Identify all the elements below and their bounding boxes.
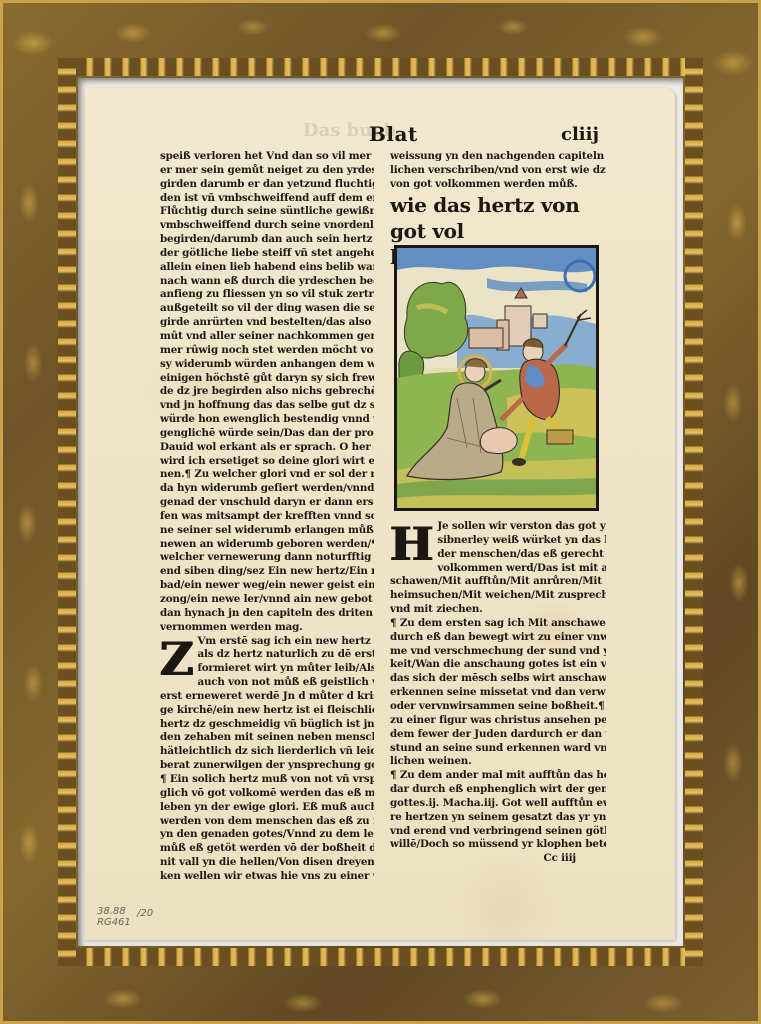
text-line: würde hon ewenglich bestendig vnnd vnzer [160,413,374,427]
text-line: speiß verloren het Vnd dan so vil mer so… [160,150,374,164]
text-line: volkommen werd/Das ist mit an- [437,562,606,576]
text-line: auch von not můß eß geistlich von [197,676,374,690]
text-line: Dauid wol erkant als er sprach. O her da… [160,441,374,455]
text-line: oder vervnwirsammen seine boßheit.¶ Des [390,700,606,714]
text-line: das sich der mēsch selbs wirt anschawen … [390,672,606,686]
text-line: sibnerley weiß würket yn das hertz [437,534,606,548]
right-text-column-top: weissung yn den nachgenden capiteln kürt… [390,150,606,192]
heading-line: wie das hertz von got vol [390,192,610,244]
frame-bead-molding-bottom [58,948,703,966]
text-line: ¶ Ein solich hertz muß von not vñ vrspru… [160,773,374,787]
text-line: ¶ Zu dem ander mal mit aufftůn das hertz… [390,769,606,783]
text-line: můß eß getöt werden vō der boßheit das e… [160,842,374,856]
text-line: den zehaben mit seinen neben menschen/Vñ [160,731,374,745]
text-line: heimsuchen/Mit weichen/Mit zusprechen/ [390,589,606,603]
woodcut-scene-icon [397,248,596,508]
text-line: zu einer figur was christus ansehen petr… [390,714,606,728]
text-line: bad/ein newer weg/ein newer geist ein ne… [160,579,374,593]
text-line: Je sollen wir verston das got yn [437,520,606,534]
text-line: stund an seine sund erkennen ward vnd bi… [390,742,606,756]
reference-code: RG461 [97,917,131,928]
left-text-column: speiß verloren het Vnd dan so vil mer so… [160,150,374,884]
text-line: von got volkommen werden můß. [390,178,606,192]
text-line: end siben ding/sez Ein new hertz/Ein new [160,565,374,579]
text-line: als dz hertz naturlich zu dē erstē ge [197,648,374,662]
text-line: girde anrürten vnd bestelten/das also se… [160,316,374,330]
text-line: re hertzen yn seinem gesatzt das yr yn l… [390,811,606,825]
text-line: vmbschweiffend durch seine vnordenlichen [160,219,374,233]
text-line: nen.¶ Zu welcher glori vnd er sol der mē… [160,468,374,482]
text-line: Flůchtig durch seine süntliche gewißne/v… [160,205,374,219]
text-line: schawen/Mit aufftůn/Mit anrůren/Mit [390,575,606,589]
text-line: durch eß dan bewegt wirt zu einer vnwirs… [390,631,606,645]
decorated-initial-h: H [390,522,433,566]
text-line: leben yn der ewige glori. Eß muß auch ge… [160,801,374,815]
text-line: vnd jn hoffnung das das selbe gut dz sy … [160,399,374,413]
incunabula-page: Das buch Blat cliij speiß verloren het V… [85,88,675,940]
text-line: ne seiner sel widerumb erlangen můß ervo… [160,524,374,538]
text-line: glich vō got volkomē werden das eß mūg [160,787,374,801]
text-line: dar durch eß enphenglich wirt der genade… [390,783,606,797]
text-line: er mer sein gemůt neiget zu den yrdesche… [160,164,374,178]
text-line: wird ich ersetiget so deine glori wirt e… [160,455,374,469]
hand-colored-woodcut-illustration [394,245,599,511]
text-line: sy widerumb würden anhangen dem waren [160,358,374,372]
frame-bead-molding-right [685,58,703,966]
text-line: lichen weinen. [390,755,606,769]
inventory-fraction: /20 [137,908,153,919]
text-line: vnd mit ziechen. [390,603,606,617]
left-column-paragraph-2: Z Vm erstē sag ich ein new hertz wan als… [160,635,374,884]
right-column-paragraph: H Je sollen wir verston das got yn sibne… [390,520,606,575]
text-line: dan hynach jn den capiteln des driten bu… [160,607,374,621]
text-line: der götliche liebe steiff vñ stet angehe… [160,247,374,261]
text-line: außgeteilt so vil der ding wasen die sei… [160,302,374,316]
text-line: me vnd verschmechung der sund vnd yppi- [390,645,606,659]
text-line: allein einen lieb habend eins belib ward… [160,261,374,275]
text-line: lichen verschriben/vnd von erst wie dz h… [390,164,606,178]
frame-bead-molding-top [58,58,703,76]
inventory-number: 38.88 [97,906,131,917]
text-line: welcher vernewerung dann noturfftig sey- [160,551,374,565]
frame-bead-molding-left [58,58,76,966]
text-line: ¶ Zu dem ersten sag ich Mit anschawen/da… [390,617,606,631]
text-line: da hyn widerumb gefiert werden/vnnd dye [160,482,374,496]
left-column-paragraph-1: speiß verloren het Vnd dan so vil mer so… [160,150,374,635]
text-line: erst erneweret werdē Jn d můter d kristg… [160,690,374,704]
text-line: erkennen seine missetat vnd dan verwerff… [390,686,606,700]
text-line: yn den genaden gotes/Vnnd zu dem letsten [160,828,374,842]
right-text-column-bottom: H Je sollen wir verston das got yn sibne… [390,520,606,866]
text-line: genglichē würde sein/Das dan der prophet [160,427,374,441]
folio-number: cliij [561,124,599,145]
text-line: mer rûwig noch stet werden möcht vor vnd [160,344,374,358]
text-line: nit vall yn die hellen/Von disen dreyen … [160,856,374,870]
text-line: gottes.ij. Macha.iij. Got well aufftůn e… [390,797,606,811]
signature-mark: Cc iiij [390,852,606,866]
text-line: mût vnd aller seiner nachkommen gemůt ny [160,330,374,344]
text-line: den ist vñ vmbschweiffend auff dem ertri… [160,192,374,206]
text-line: genad der vnschuld daryn er dann erschaf… [160,496,374,510]
text-line: anfieng zu fliessen yn so vil stuk zertr… [160,288,374,302]
text-line: hätleichtlich dz sich lierderlich vñ lei… [160,745,374,759]
text-line: keit/Wan die anschaung gotes ist ein vrs… [390,658,606,672]
text-line: de dz jre begirden also nichs gebrechē m… [160,385,374,399]
text-line: einigen höchstē gůt daryn sy sich frewen… [160,372,374,386]
text-line: ken wellen wir etwas hie vns zu einer vn… [160,870,374,884]
text-line: fen was mitsampt der krefften vnnd schö- [160,510,374,524]
text-line: willē/Doch so müssend yr klophen beten a… [390,838,606,852]
text-line: nach wann eß durch die yrdeschen begirde… [160,275,374,289]
text-line: newen an widerumb geboren werden/¶ Zu [160,538,374,552]
text-line: ge kirchē/ein new hertz ist ei fleischli… [160,704,374,718]
text-line: begirden/darumb dan auch sein hertz dz v… [160,233,374,247]
text-line: weissung yn den nachgenden capiteln kürt… [390,150,606,164]
text-line: dem fewer der Juden dardurch er dan von [390,728,606,742]
text-line: Vm erstē sag ich ein new hertz wan [197,635,374,649]
pencil-inventory-note: 38.88 /20 RG461 [97,906,131,928]
text-line: werden von dem menschen das eß zu nyem [160,815,374,829]
text-line: der menschen/das eß gerecht vnnd [437,548,606,562]
text-line: vnd erend vnd verbringend seinen götlich… [390,825,606,839]
text-line: berat zunerwilgen der ynsprechung gottes… [160,759,374,773]
text-line: girden darumb er dan yetzund fluchtig wo… [160,178,374,192]
text-line: hertz dz geschmeidig vñ büglich ist jn m… [160,718,374,732]
text-line: formieret wirt yn můter leib/Also [197,662,374,676]
running-head: Blat [369,122,418,146]
text-line: zong/ein newe ler/vnnd ain new gebot wye [160,593,374,607]
decorated-initial-z: Z [160,637,193,681]
